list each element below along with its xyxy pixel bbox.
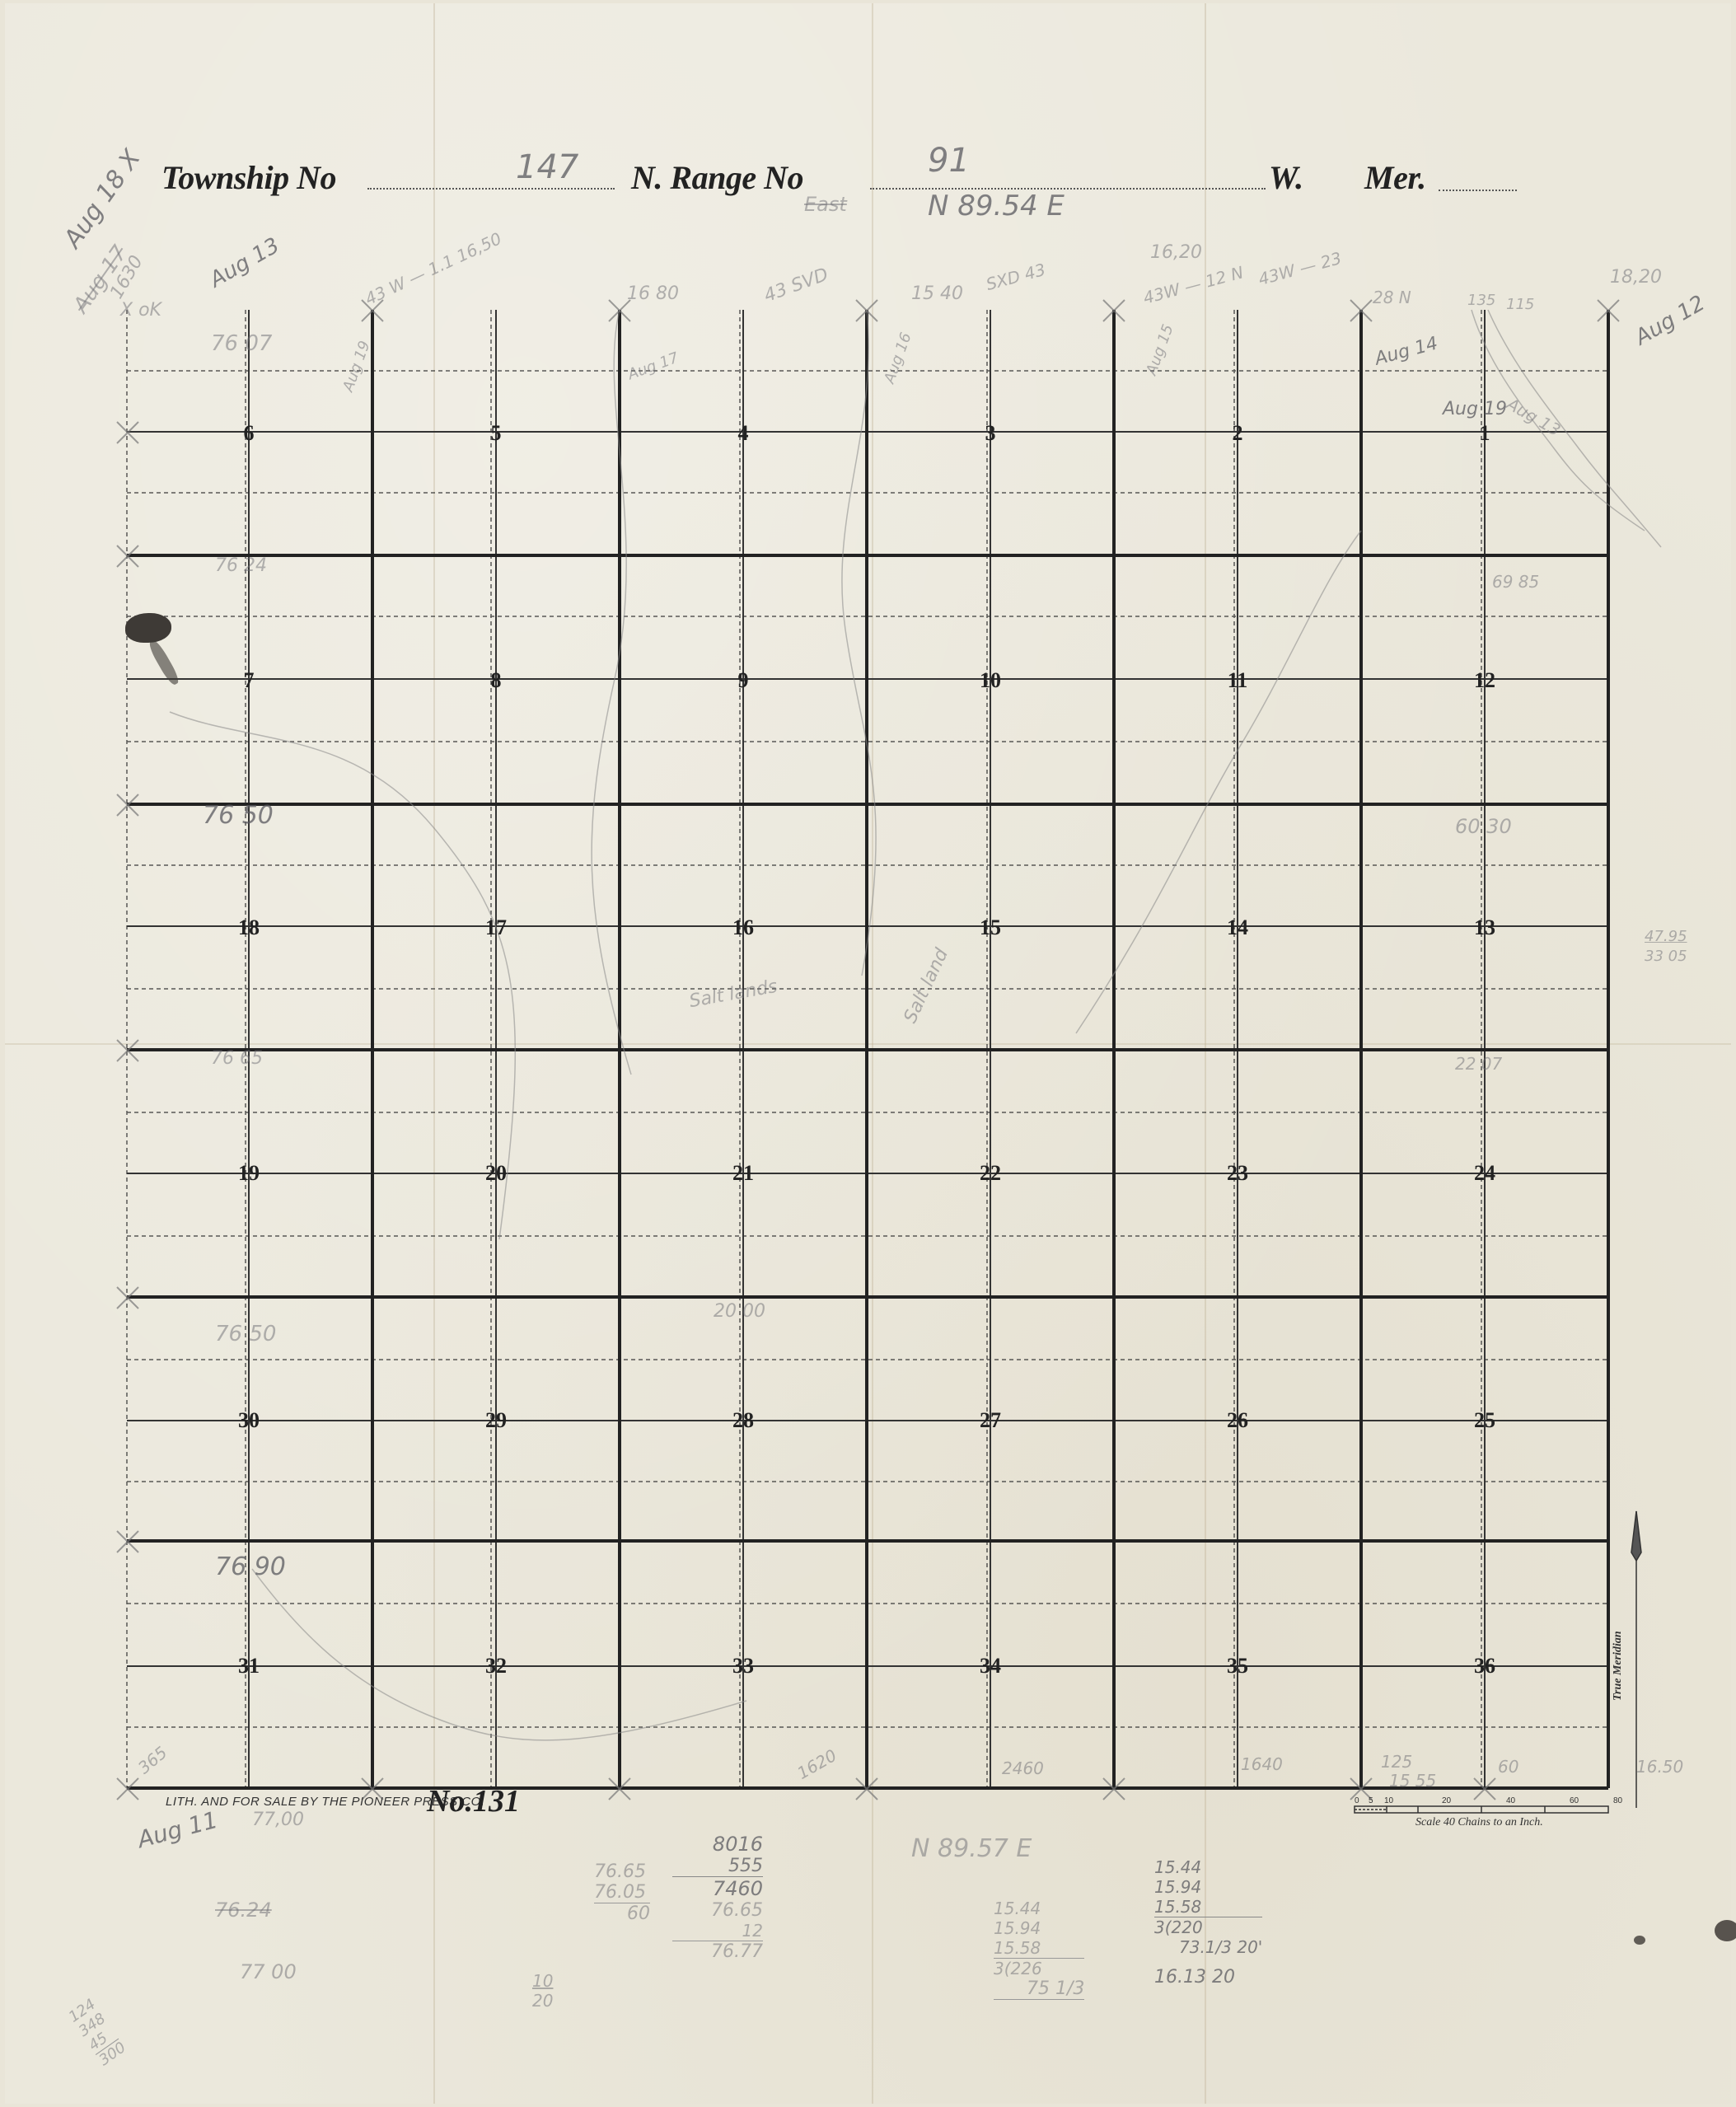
distance-note: 15 40 xyxy=(911,283,963,304)
distance-note: 135 xyxy=(1467,292,1495,309)
ink-spot xyxy=(1715,1920,1736,1941)
distance-note: 1620 xyxy=(793,1745,840,1783)
distance-note: 76 24 xyxy=(215,555,267,576)
distance-note: 115 xyxy=(1506,296,1534,313)
bearing-note: 43 SVD xyxy=(761,265,831,307)
scale-tick: 0 xyxy=(1355,1796,1359,1805)
date-note: Aug 13 xyxy=(1504,394,1564,440)
fraction-note: 124 348 45 300 xyxy=(66,1996,129,2069)
distance-note: 60 xyxy=(1498,1757,1518,1777)
distance-note: 365 xyxy=(134,1743,171,1778)
date-note: Aug 19 xyxy=(1443,399,1507,419)
margin-calc: 33 05 xyxy=(1645,948,1687,965)
distance-note: 20 00 xyxy=(714,1301,765,1322)
bearing-note: 43W — 23 xyxy=(1256,248,1344,289)
date-note: Aug 16 xyxy=(881,330,915,386)
struck-distance-note: 76.24 xyxy=(215,1899,272,1922)
date-note: Aug 18 X xyxy=(58,145,147,254)
distance-note: 2460 xyxy=(1002,1758,1044,1778)
ink-stain xyxy=(125,613,171,643)
distance-note: 76 50 xyxy=(203,801,274,830)
scale-tick: 80 xyxy=(1613,1796,1622,1805)
salt-land-note: Salt lands xyxy=(688,976,779,1012)
true-meridian-label: True Meridian xyxy=(1612,1631,1625,1701)
map-sheet: Township No 147 N. Range No 91 W. Mer. E… xyxy=(5,3,1731,2104)
bearing-note: N 89.57 E xyxy=(911,1834,1032,1863)
distance-note: 76 90 xyxy=(215,1552,286,1581)
small-note: 20 xyxy=(532,1991,553,2011)
distance-note: 125 xyxy=(1381,1752,1412,1772)
distance-note: 76 50 xyxy=(215,1322,276,1346)
date-note: Aug 12 xyxy=(1631,291,1710,350)
bearing-note: 43 W — 1.1 16,50 xyxy=(362,228,504,309)
distance-note: 15 55 xyxy=(1389,1771,1436,1791)
distance-note: 69 85 xyxy=(1492,572,1539,592)
calculation-d: 15.44 15.94 15.58 3(220 73.1/3 20' 16.13… xyxy=(1154,1857,1262,1988)
ink-spot xyxy=(1634,1936,1645,1945)
calculation-a: 76.65 76.05 60 xyxy=(594,1861,650,1924)
distance-note: 18,20 xyxy=(1610,267,1662,288)
calculation-b: 8016 555 7460 76.65 12 76.77 xyxy=(672,1833,763,1962)
small-note: 10 xyxy=(532,1971,553,1991)
salt-land-note: Salt land xyxy=(901,945,953,1026)
distance-note: 16 80 xyxy=(627,283,679,304)
scale-tick: 60 xyxy=(1570,1796,1579,1805)
scale-tick: 10 xyxy=(1384,1796,1393,1805)
date-note: Aug 13 xyxy=(206,233,284,293)
date-note: Aug 14 xyxy=(1373,333,1440,369)
scale-caption: Scale 40 Chains to an Inch. xyxy=(1415,1816,1543,1829)
distance-note: 1640 xyxy=(1241,1754,1283,1774)
corner-ok-note: X oK xyxy=(120,300,161,321)
bearing-note: SXD 43 xyxy=(984,260,1047,294)
distance-note: 16.50 xyxy=(1636,1757,1683,1777)
margin-calc: 47.95 xyxy=(1645,928,1687,945)
distance-note: 16,20 xyxy=(1150,242,1202,263)
bearing-note: 28 N xyxy=(1373,288,1411,307)
bearing-note: 43W — 12 N xyxy=(1141,262,1246,307)
date-note: Aug 15 xyxy=(1143,322,1177,377)
distance-note: 76 65 xyxy=(211,1048,263,1069)
distance-note: 77 00 xyxy=(240,1960,297,1983)
distance-note: 60 30 xyxy=(1455,815,1512,838)
scale-tick: 5 xyxy=(1369,1796,1373,1805)
distance-note: 22 07 xyxy=(1455,1054,1502,1074)
calculation-c: 15.44 15.94 15.58 3(226 75 1/3 xyxy=(994,1899,1084,2000)
date-note: Aug 17 xyxy=(625,349,681,384)
distance-note: 77,00 xyxy=(252,1810,304,1830)
plate-number: No.131 xyxy=(427,1783,520,1819)
distance-note: 76 07 xyxy=(211,331,272,356)
scale-tick: 20 xyxy=(1442,1796,1451,1805)
date-note: Aug 19 xyxy=(339,339,374,394)
scale-tick: 40 xyxy=(1506,1796,1515,1805)
date-note: Aug 11 xyxy=(134,1806,220,1854)
pencil-annotations: Aug 18 X Aug 17 1630 X oK Aug 13 76 07 4… xyxy=(5,3,1731,2104)
